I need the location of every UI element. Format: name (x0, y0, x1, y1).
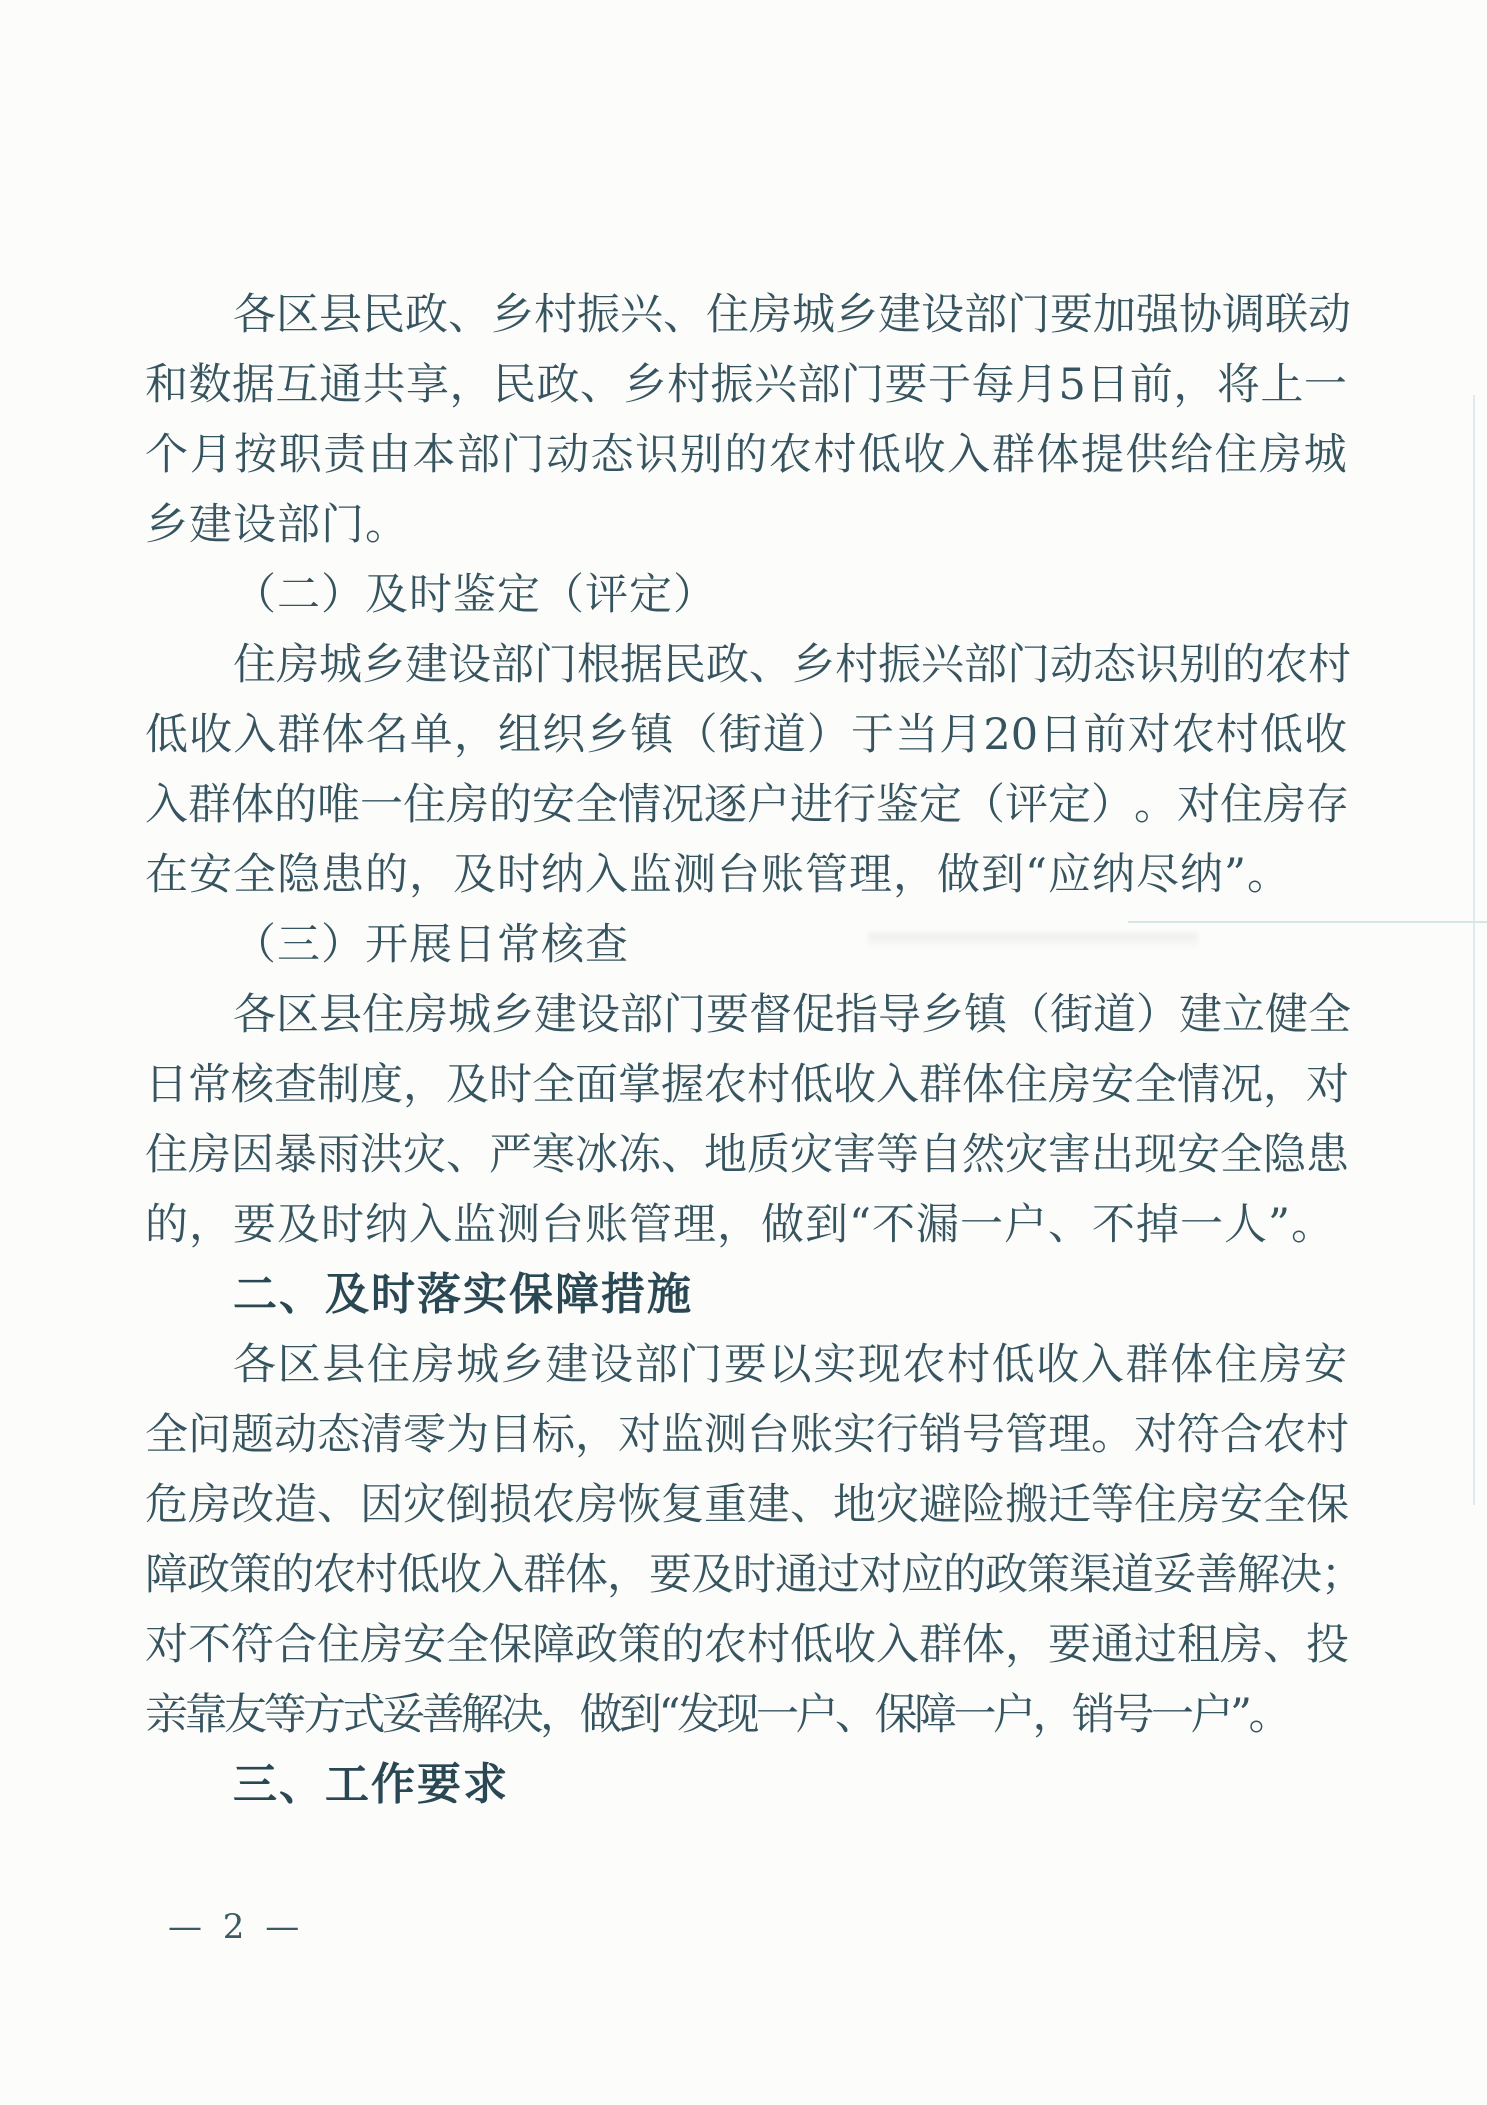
page-number: — 2 — (168, 1902, 304, 1952)
scan-artifact-horizontal-line (1128, 921, 1487, 923)
document-body: 各区县民政、乡村振兴、住房城乡建设部门要加强协调联动 和数据互通共享，民政、乡村… (145, 280, 1347, 1820)
text-line-21: 亲靠友等方式妥善解决，做到“发现一户、保障一户，销号一户”。 (145, 1680, 1347, 1750)
scanned-document-page: 各区县民政、乡村振兴、住房城乡建设部门要加强协调联动 和数据互通共享，民政、乡村… (0, 0, 1487, 2105)
text-line-9: 在安全隐患的，及时纳入监测台账管理，做到“应纳尽纳”。 (145, 840, 1347, 910)
section-heading-2: 二、及时落实保障措施 (145, 1260, 1347, 1330)
text-line-17: 全问题动态清零为目标，对监测台账实行销号管理。对符合农村 (145, 1400, 1347, 1470)
text-line-13: 住房因暴雨洪灾、严寒冰冻、地质灾害等自然灾害出现安全隐患 (145, 1120, 1347, 1190)
text-line-3: 个月按职责由本部门动态识别的农村低收入群体提供给住房城 (145, 420, 1347, 490)
scan-artifact-vertical-line (1473, 395, 1475, 1505)
text-line-6: 住房城乡建设部门根据民政、乡村振兴部门动态识别的农村 (145, 630, 1347, 700)
text-line-12: 日常核查制度，及时全面掌握农村低收入群体住房安全情况，对 (145, 1050, 1347, 1120)
text-line-1: 各区县民政、乡村振兴、住房城乡建设部门要加强协调联动 (145, 280, 1347, 350)
text-line-4: 乡建设部门。 (145, 490, 1347, 560)
text-line-11: 各区县住房城乡建设部门要督促指导乡镇（街道）建立健全 (145, 980, 1347, 1050)
text-line-16: 各区县住房城乡建设部门要以实现农村低收入群体住房安 (145, 1330, 1347, 1400)
text-line-19: 障政策的农村低收入群体，要及时通过对应的政策渠道妥善解决； (145, 1540, 1347, 1610)
text-line-18: 危房改造、因灾倒损农房恢复重建、地灾避险搬迁等住房安全保 (145, 1470, 1347, 1540)
text-line-14: 的，要及时纳入监测台账管理，做到“不漏一户、不掉一人”。 (145, 1190, 1347, 1260)
text-line-8: 入群体的唯一住房的安全情况逐户进行鉴定（评定）。对住房存 (145, 770, 1347, 840)
scan-artifact-smudge (868, 933, 1198, 949)
section-heading-3: 三、工作要求 (145, 1750, 1347, 1820)
section-subheading-2: （二）及时鉴定（评定） (145, 560, 1347, 630)
text-line-20: 对不符合住房安全保障政策的农村低收入群体，要通过租房、投 (145, 1610, 1347, 1680)
text-line-2: 和数据互通共享，民政、乡村振兴部门要于每月5日前，将上一 (145, 350, 1347, 420)
text-line-7: 低收入群体名单，组织乡镇（街道）于当月20日前对农村低收 (145, 700, 1347, 770)
